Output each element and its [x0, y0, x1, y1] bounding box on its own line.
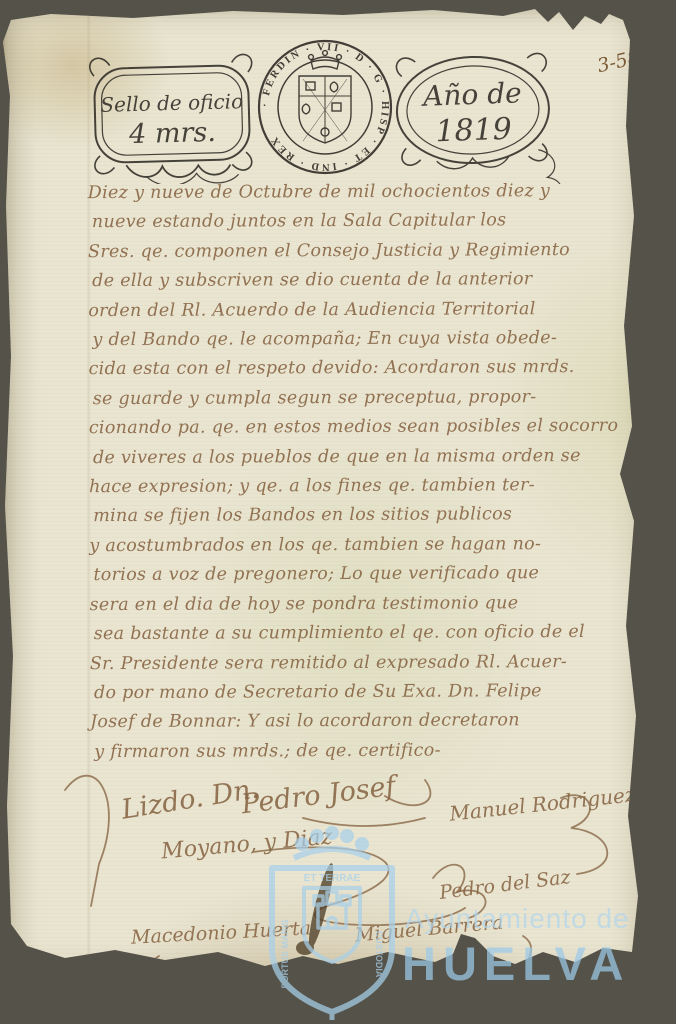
manuscript-line: orden del Rl. Acuerdo de la Audiencia Te… — [88, 294, 610, 326]
stamp-row: Sello de oficio 4 mrs. · FERDIN · VII · … — [85, 34, 565, 184]
manuscript-line: nueve estando juntos en la Sala Capitula… — [92, 206, 610, 238]
manuscript-line: sea bastante a su cumplimiento el qe. co… — [94, 618, 612, 650]
document-scan: Sello de oficio 4 mrs. · FERDIN · VII · … — [0, 0, 676, 1024]
manuscript-line: y acostumbrados en los qe. tambien se ha… — [89, 530, 611, 562]
office-stamp-line2: 4 mrs. — [128, 117, 217, 150]
manuscript-line: Sr. Presidente sera remitido al expresad… — [90, 647, 612, 679]
manuscript-line: Diez y nueve de Octubre de mil ochocient… — [88, 177, 610, 209]
royal-coat-of-arms — [299, 76, 351, 143]
ink-blot — [296, 862, 337, 955]
manuscript-line: sera en el dia de hoy se pondra testimon… — [90, 589, 612, 621]
manuscript-line: y del Bando qe. le acompaña; En cuya vis… — [92, 324, 610, 356]
manuscript-line: do por mano de Secretario de Su Exa. Dn.… — [94, 677, 612, 709]
paper-sheet: Sello de oficio 4 mrs. · FERDIN · VII · … — [3, 6, 657, 1010]
manuscript-line: de viveres a los pueblos de que en la mi… — [93, 442, 611, 474]
manuscript-line: cida esta con el respeto devido: Acordar… — [88, 353, 610, 385]
year-stamp: Año de 1819 — [395, 53, 561, 184]
manuscript-line: de ella y subscriven se dio cuenta de la… — [92, 265, 610, 297]
year-stamp-line1: Año de — [420, 76, 523, 113]
signature-flourishes — [3, 756, 657, 1010]
manuscript-line: hace expresion; y qe. a los fines qe. ta… — [89, 471, 611, 503]
manuscript-line: cionando pa. qe. en estos medios sean po… — [89, 412, 611, 444]
royal-seal: · FERDIN · VII · D · G · HISP · ET · IND… — [259, 41, 391, 173]
office-stamp: Sello de oficio 4 mrs. — [90, 54, 255, 184]
manuscript-line: Sres. qe. componen el Consejo Justicia y… — [88, 236, 610, 268]
office-stamp-line1: Sello de oficio — [100, 89, 243, 117]
manuscript-line: mina se fijen los Bandos en los sitios p… — [93, 500, 611, 532]
manuscript-body: Diez y nueve de Octubre de mil ochocient… — [88, 177, 613, 767]
manuscript-line: Josef de Bonnar: Y asi lo acordaron decr… — [90, 706, 612, 738]
manuscript-line: torios a voz de pregonero; Lo que verifi… — [93, 559, 611, 591]
year-stamp-line2: 1819 — [435, 112, 513, 150]
manuscript-line: se guarde y cumpla segun se preceptua, p… — [93, 383, 611, 415]
